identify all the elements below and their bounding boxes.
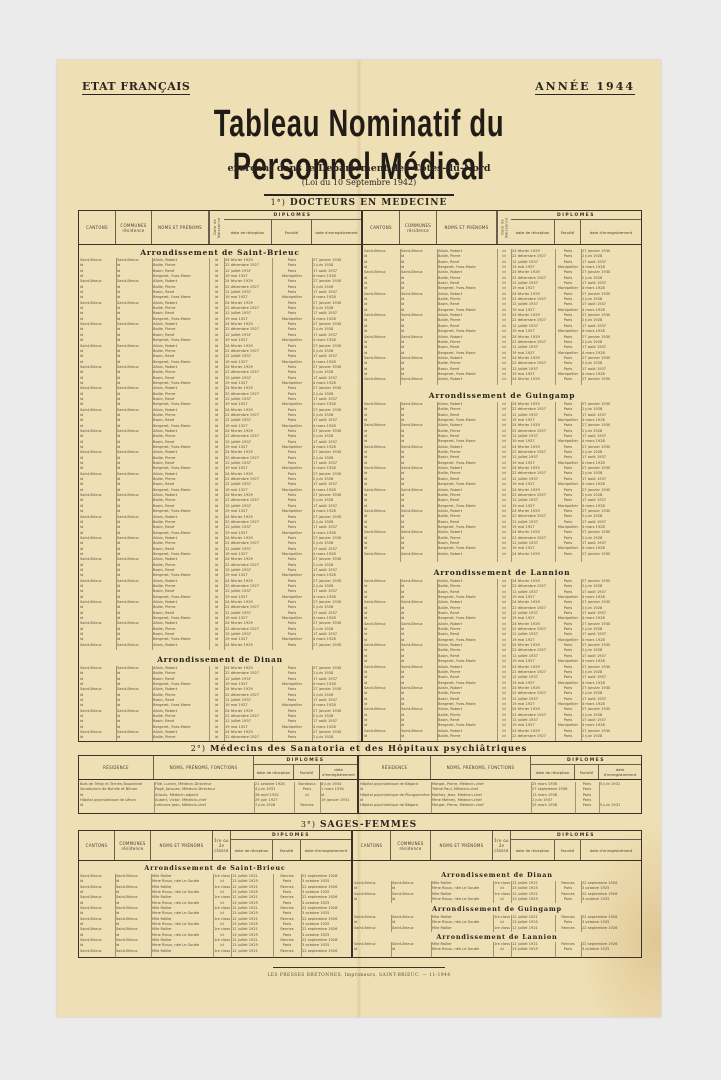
col-diplomes: DIPLOMES date de réception Faculté date … [224, 211, 361, 244]
col-reception: date de réception [224, 220, 272, 244]
col-communes: COMMUNES résidence [116, 211, 152, 244]
arrondissement-heading: Arrondissement de Guingamp [363, 391, 641, 400]
rows-guingamp: Saint-BrieucSaint-BrieucAllain, Robertid… [363, 402, 641, 562]
table-header: CANTONS COMMUNES résidence NOMS ET PRÉNO… [79, 211, 361, 245]
col-cantons: CANTONS [79, 211, 116, 244]
table-row: Saint-BrieucSaint-BrieucAllain, Robertid… [79, 643, 361, 648]
page-title: Tableau Nominatif du Personnel Médical [142, 103, 577, 189]
footer-divider [273, 967, 445, 968]
arrondissement-heading: Arrondissement de Dinan [79, 655, 361, 664]
table-row: ididMme Rioux, née Le Gouéeid13 juillet … [353, 947, 641, 952]
sf-right-half: CANTONS COMMUNES résidence NOMS ET PRÉNO… [351, 831, 641, 957]
col-diplomes: DIPLOMES date de réception Faculté date … [511, 211, 641, 244]
rows-dinan: Saint-BrieucSaint-BrieucAllain, Robertid… [79, 666, 361, 741]
rows-sf-guingamp: Saint-BrieucSaint-BrieucMlle Rallier1re … [353, 915, 641, 932]
table-row: Saint-BrieucSaint-BrieucAllain, Robertid… [363, 377, 641, 382]
table-row: Saint-BrieucSaint-BrieucAllain, Robertid… [363, 552, 641, 557]
table-row: ididBaille, Pierreid22 décembre 1927Pari… [79, 735, 361, 740]
section-sages-femmes-title: 3°)SAGES-FEMMES [57, 820, 661, 830]
rows-lannion: Saint-BrieucSaint-BrieucAllain, Robertid… [363, 579, 641, 741]
arrondissement-heading: Arrondissement de Dinan [353, 871, 641, 879]
sanatoria-left-half: RÉSIDENCE NOMS, PRÉNOMS, FONCTIONS DIPLO… [79, 756, 357, 813]
rows-saint-brieuc: Saint-BrieucSaint-BrieucAllain, Robertid… [79, 258, 361, 650]
law-reference: (Loi du 10 Septembre 1942) [57, 178, 661, 187]
arrondissement-heading: Arrondissement de Guingamp [353, 905, 641, 913]
section-docteurs-title: 1°)DOCTEURS EN MEDECINE [57, 198, 661, 208]
docteurs-left-half: CANTONS COMMUNES résidence NOMS ET PRÉNO… [79, 211, 361, 741]
col-vertical: Date de Naissance [209, 211, 224, 244]
table-row: ididMme Rioux, née Le Gouéeid13 juillet … [353, 897, 641, 902]
table-header: CANTONS COMMUNES résidence NOMS ET PRÉNO… [79, 831, 351, 861]
arrondissement-heading: Arrondissement de Lannion [353, 933, 641, 941]
sanatoria-table: RÉSIDENCE NOMS, PRÉNOMS, FONCTIONS DIPLO… [78, 755, 642, 814]
rows-sanatoria-right: Hôpital psychiatrique de BégardMorgat, P… [359, 782, 641, 814]
rows-sf-saint-brieuc: Saint-BrieucSaint-BrieucMlle Rallier1re … [79, 874, 351, 958]
table-row: Saint-BrieucSaint-BrieucMlle Rallier1re … [353, 926, 641, 931]
etat-francais-label: ETAT FRANÇAIS [82, 80, 190, 95]
arrondissement-heading: Arrondissement de Saint-Brieuc [79, 248, 361, 257]
table-header: CANTONS COMMUNES résidence NOMS ET PRÉNO… [353, 831, 641, 861]
table-row: ididBaille, Pierreid22 décembre 1927Pari… [363, 734, 641, 739]
col-noms: NOMS ET PRÉNOMS [152, 211, 209, 244]
rows-sf-lannion: Saint-BrieucSaint-BrieucMlle Rallier1re … [353, 942, 641, 958]
rows-sf-dinan: Saint-BrieucSaint-BrieucMlle Rallier1re … [353, 881, 641, 903]
printer-footer: LES PRESSES BRETONNES, Imprimeurs, SAINT… [57, 973, 661, 978]
sanatoria-right-half: RÉSIDENCE NOMS, PRÉNOMS, FONCTIONS DIPLO… [357, 756, 641, 813]
annee-label: ANNÉE 1944 [535, 80, 635, 95]
table-row: idLefeuvre Jean, Médecin-chef7 juin 1926… [79, 803, 357, 808]
sf-left-half: CANTONS COMMUNES résidence NOMS ET PRÉNO… [79, 831, 351, 957]
docteurs-right-half: CANTONS COMMUNES résidence NOMS ET PRÉNO… [361, 211, 641, 741]
sages-femmes-table: CANTONS COMMUNES résidence NOMS ET PRÉNO… [78, 830, 642, 958]
section-sanatoria-title: 2°)Médecins des Sanatoria et des Hôpitau… [57, 744, 661, 754]
col-faculte: Faculté [272, 220, 312, 244]
table-row: Hôpital psychiatrique de BégardMorgat, P… [359, 803, 641, 808]
arrondissement-heading: Arrondissement de Saint-Brieuc [79, 864, 351, 872]
table-header: CANTONS COMMUNES résidence NOMS ET PRÉNO… [363, 211, 641, 245]
table-header: RÉSIDENCE NOMS, PRÉNOMS, FONCTIONS DIPLO… [359, 756, 641, 780]
subtitle: exerçant dans le Departement des Côtes-d… [57, 163, 661, 174]
divider [264, 194, 454, 196]
table-header: RÉSIDENCE NOMS, PRÉNOMS, FONCTIONS DIPLO… [79, 756, 357, 780]
col-enregistrement: date d'enregistrement [312, 220, 361, 244]
table-row: Saint-BrieucSaint-BrieucMlle Rallier1re … [79, 949, 351, 954]
arrondissement-heading: Arrondissement de Lannion [363, 568, 641, 577]
docteurs-table: CANTONS COMMUNES résidence NOMS ET PRÉNO… [78, 210, 642, 742]
rows-saint-brieuc-cont: Saint-BrieucSaint-BrieucAllain, Robertid… [363, 249, 641, 385]
poster-sheet: ETAT FRANÇAIS ANNÉE 1944 Tableau Nominat… [57, 60, 661, 1017]
rows-sanatoria-left: Bois de Trédy et Terrien-ToupainnelFillé… [79, 782, 357, 814]
